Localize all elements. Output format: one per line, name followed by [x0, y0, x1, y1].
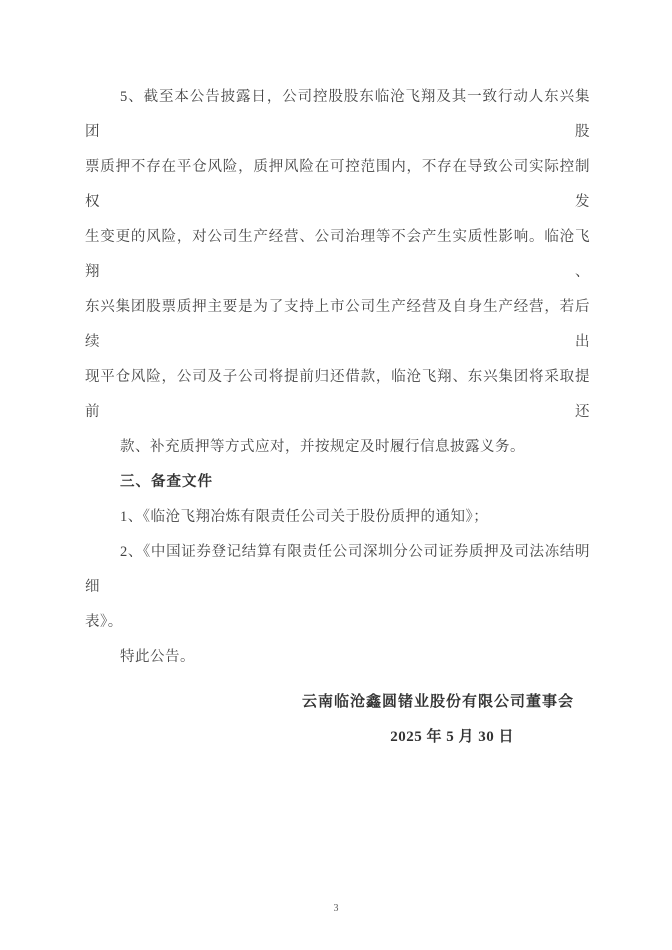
list-item-2-line-1: 2、《中国证券登记结算有限责任公司深圳分公司证券质押及司法冻结明细 [85, 535, 590, 605]
body-paragraph-line-5: 现平仓风险，公司及子公司将提前归还借款，临沧飞翔、东兴集团将采取提前还 [85, 360, 590, 430]
signature-company: 云南临沧鑫圆锗业股份有限公司董事会 [85, 685, 590, 720]
body-paragraph-line-1: 5、截至本公告披露日，公司控股股东临沧飞翔及其一致行动人东兴集团股 [85, 80, 590, 150]
document-content: 5、截至本公告披露日，公司控股股东临沧飞翔及其一致行动人东兴集团股 票质押不存在… [85, 80, 590, 755]
closing-statement: 特此公告。 [85, 640, 590, 675]
list-item-2-line-2: 表》。 [85, 605, 590, 640]
body-paragraph-line-3: 生变更的风险，对公司生产经营、公司治理等不会产生实质性影响。临沧飞翔、 [85, 220, 590, 290]
page-number: 3 [0, 903, 672, 914]
section-heading: 三、备查文件 [85, 465, 590, 500]
document-page: 5、截至本公告披露日，公司控股股东临沧飞翔及其一致行动人东兴集团股 票质押不存在… [0, 0, 672, 950]
list-item-1: 1、《临沧飞翔冶炼有限责任公司关于股份质押的通知》； [85, 500, 590, 535]
signature-date: 2025 年 5 月 30 日 [85, 720, 590, 755]
body-paragraph-line-4: 东兴集团股票质押主要是为了支持上市公司生产经营及自身生产经营，若后续出 [85, 290, 590, 360]
body-paragraph-line-2: 票质押不存在平仓风险，质押风险在可控范围内，不存在导致公司实际控制权发 [85, 150, 590, 220]
body-paragraph-line-6: 款、补充质押等方式应对，并按规定及时履行信息披露义务。 [85, 430, 590, 465]
